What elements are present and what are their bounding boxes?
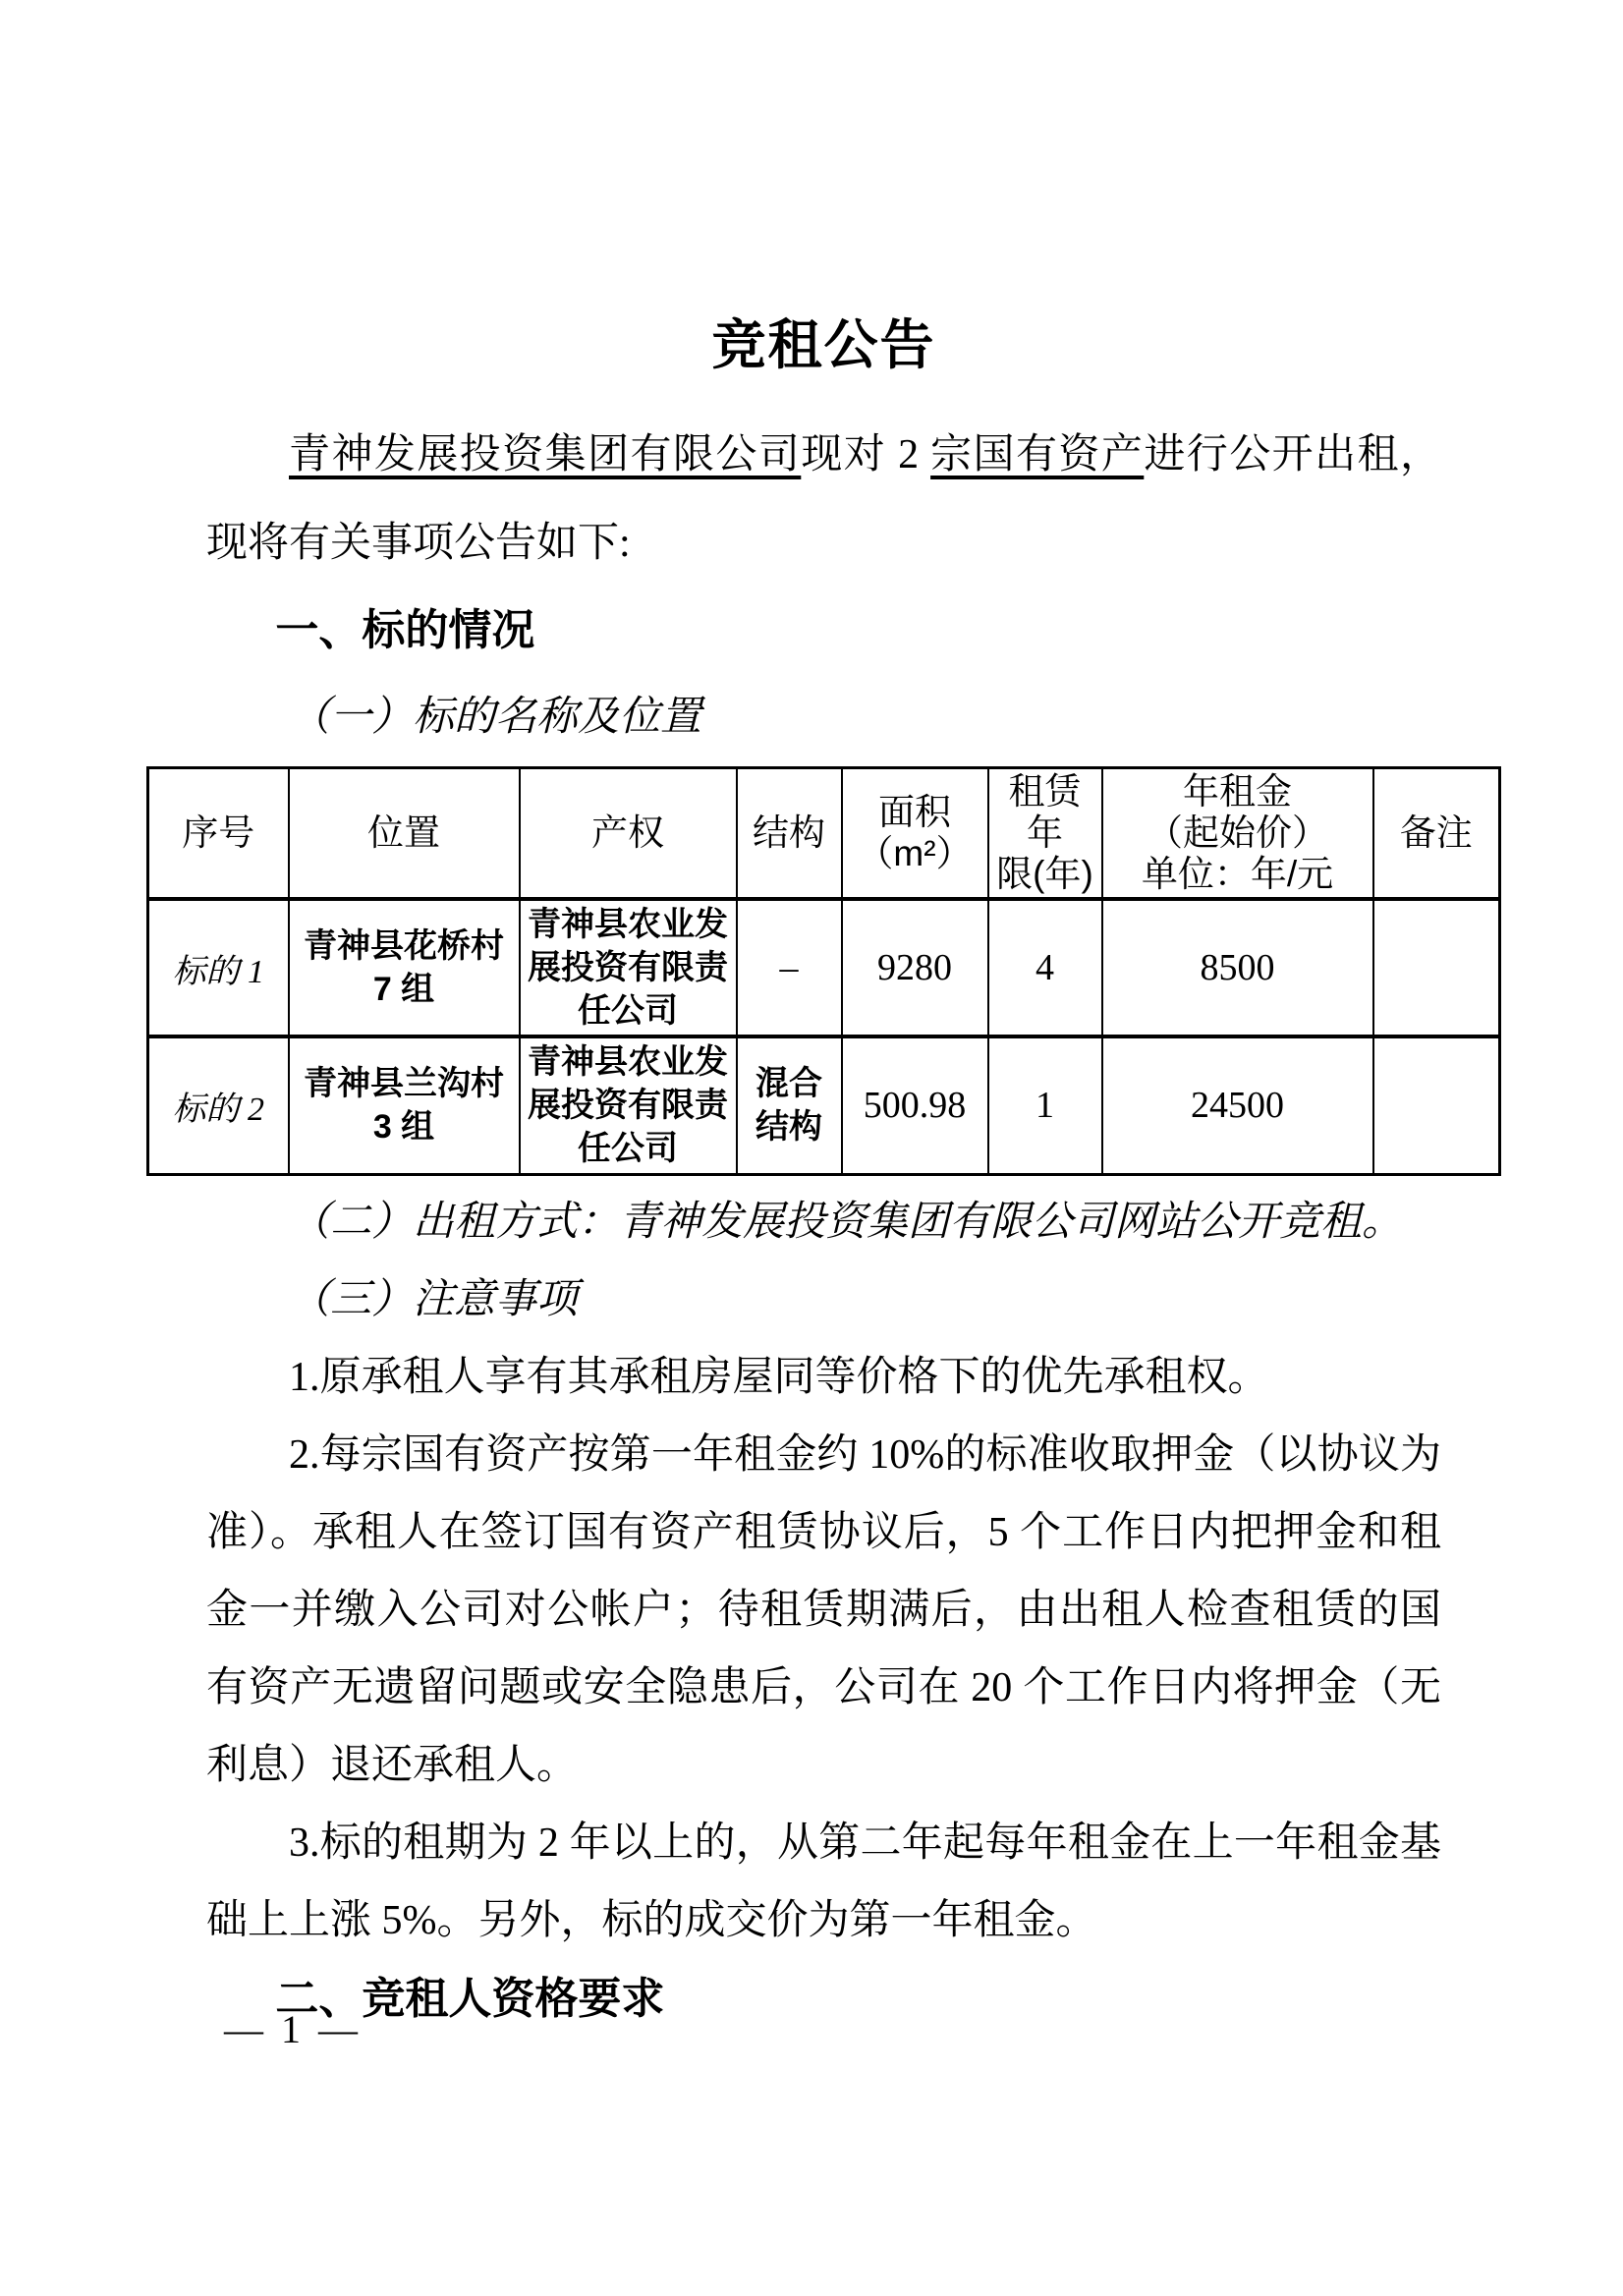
subsection-1-3-heading: （三）注意事项 xyxy=(206,1261,1441,1339)
header-location: 位置 xyxy=(289,768,520,900)
cell-ownership-2: 青神县农业发展投资有限责任公司 xyxy=(520,1036,737,1174)
note-2: 2.每宗国有资产按第一年租金约 10%的标准收取押金（以协议为准）。承租人在签订… xyxy=(206,1417,1441,1805)
intro-paragraph: 青神发展投资集团有限公司现对 2 宗国有资产进行公开出租，现将有关事项公告如下: xyxy=(206,411,1441,588)
header-annual-rent: 年租金 （起始价） 单位：年/元 xyxy=(1102,768,1373,900)
note-3: 3.标的租期为 2 年以上的，从第二年起每年租金在上一年租金基础上上涨 5%。另… xyxy=(206,1805,1441,1960)
document-page: 竞租公告 青神发展投资集团有限公司现对 2 宗国有资产进行公开出租，现将有关事项… xyxy=(0,0,1623,2296)
page-number: — 1 — xyxy=(224,2006,362,2052)
cell-lease-term-2: 1 xyxy=(988,1036,1102,1174)
cell-annual-rent-1: 8500 xyxy=(1102,899,1373,1036)
subsection-1-2-line: （二）出租方式：青神发展投资集团有限公司网站公开竞租。 xyxy=(206,1184,1441,1261)
intro-underlined-assets: 宗国有资产 xyxy=(930,432,1144,477)
cell-structure-1: – xyxy=(737,899,842,1036)
cell-remarks-2 xyxy=(1373,1036,1500,1174)
cell-serial-2: 标的 2 xyxy=(148,1036,289,1174)
assets-table: 序号 位置 产权 结构 面积 （m²） 租赁年 限(年) 年租金 （起始价） 单… xyxy=(146,766,1501,1176)
note-1: 1.原承租人享有其承租房屋同等价格下的优先承租权。 xyxy=(206,1339,1441,1417)
cell-annual-rent-2: 24500 xyxy=(1102,1036,1373,1174)
header-area: 面积 （m²） xyxy=(842,768,988,900)
cell-location-2: 青神县兰沟村 3 组 xyxy=(289,1036,520,1174)
intro-underlined-company: 青神发展投资集团有限公司 xyxy=(289,432,801,477)
intro-middle-text: 现对 2 xyxy=(801,432,930,477)
header-serial: 序号 xyxy=(148,768,289,900)
table-row-asset-1: 标的 1 青神县花桥村 7 组 青神县农业发展投资有限责任公司 – 9280 4… xyxy=(148,899,1500,1036)
header-ownership: 产权 xyxy=(520,768,737,900)
cell-lease-term-1: 4 xyxy=(988,899,1102,1036)
header-lease-term: 租赁年 限(年) xyxy=(988,768,1102,900)
header-remarks: 备注 xyxy=(1373,768,1500,900)
section-2-heading: 二、竞租人资格要求 xyxy=(206,1960,1441,2038)
page-title: 竞租公告 xyxy=(206,307,1441,385)
cell-remarks-1 xyxy=(1373,899,1500,1036)
section-1-heading: 一、标的情况 xyxy=(206,588,1441,674)
cell-serial-1: 标的 1 xyxy=(148,899,289,1036)
cell-ownership-1: 青神县农业发展投资有限责任公司 xyxy=(520,899,737,1036)
header-structure: 结构 xyxy=(737,768,842,900)
cell-area-2: 500.98 xyxy=(842,1036,988,1174)
cell-location-1: 青神县花桥村 7 组 xyxy=(289,899,520,1036)
cell-area-1: 9280 xyxy=(842,899,988,1036)
cell-structure-2: 混合结构 xyxy=(737,1036,842,1174)
table-header-row: 序号 位置 产权 结构 面积 （m²） 租赁年 限(年) 年租金 （起始价） 单… xyxy=(148,768,1500,900)
subsection-1-1-heading: （一）标的名称及位置 xyxy=(206,674,1441,760)
table-row-asset-2: 标的 2 青神县兰沟村 3 组 青神县农业发展投资有限责任公司 混合结构 500… xyxy=(148,1036,1500,1174)
